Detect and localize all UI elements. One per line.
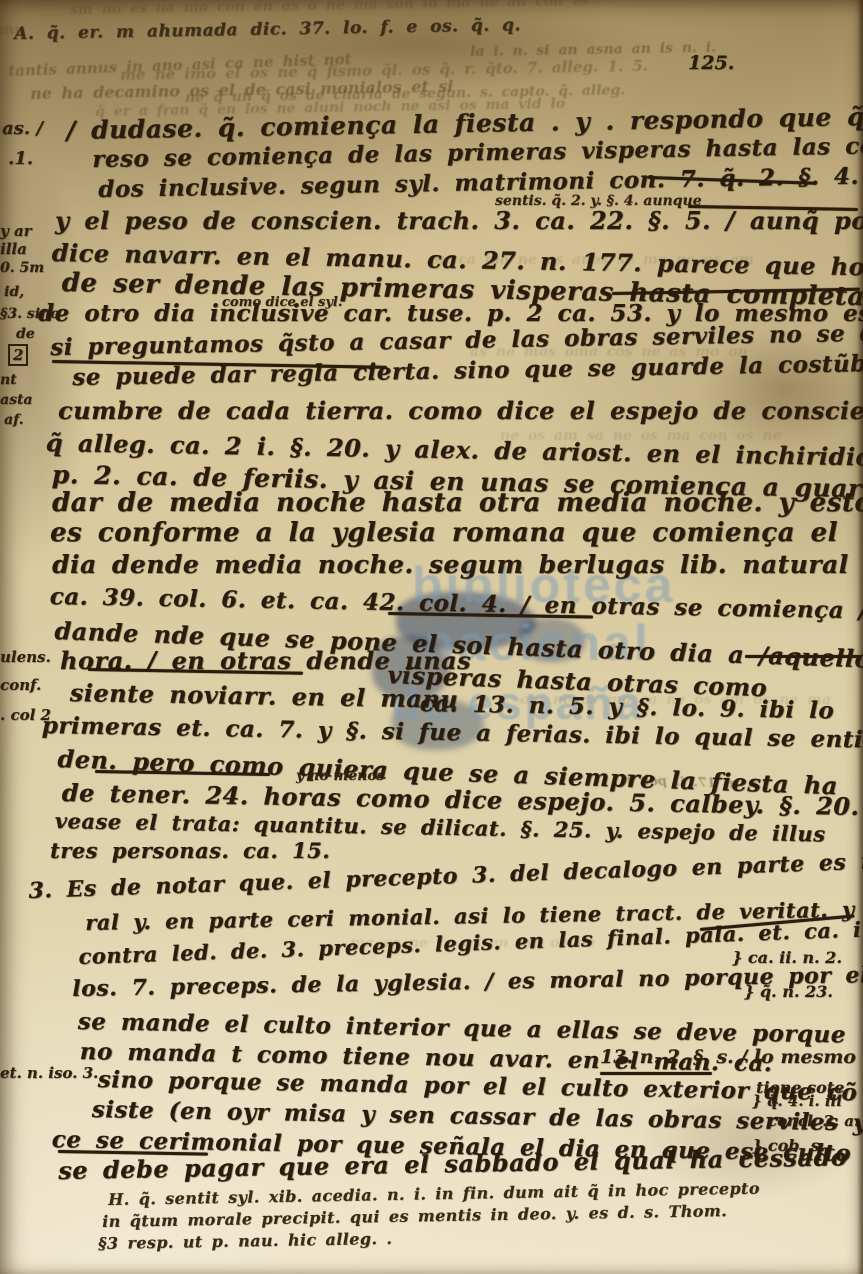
margin-note: ulens.	[0, 648, 51, 666]
manuscript-line: cumbre de cada tierra. como dice el espe…	[58, 396, 863, 425]
page-number: 125.	[688, 52, 734, 74]
margin-note: de	[16, 326, 35, 342]
margin-note: as. /	[2, 118, 43, 139]
manuscript-line: dar de media noche hasta otra media noch…	[52, 488, 863, 518]
interlinear-note: como dice el syl.	[222, 295, 342, 310]
margin-note: .1.	[8, 148, 33, 169]
right-margin-note: } q̃. n. 23.	[744, 982, 833, 1001]
margin-note: §3. sino	[0, 306, 60, 322]
interlinear-note: sentis. q̃. 2. y. §. 4. aunque	[495, 193, 702, 209]
margin-note: nt	[0, 372, 17, 388]
manuscript-line: siente noviarr. en el manu	[69, 678, 458, 714]
ink-stroke	[745, 655, 860, 658]
margin-note: id,	[4, 284, 24, 300]
margin-note: 0. 5m	[0, 260, 44, 276]
footnote-line: §3 resp. ut p. nau. hic alleg. .	[98, 1229, 392, 1253]
right-margin-note: } q̃. 4. i. ill	[752, 1092, 842, 1110]
margin-note: asta	[0, 392, 33, 408]
interlinear-note: y no menos	[296, 768, 385, 784]
margin-note: af.	[4, 412, 23, 428]
manuscript-line: A. q̃. er. m ahumada dic. 37. lo. f. e o…	[14, 15, 521, 44]
manuscript-line: dia dende media noche. segum berlugas li…	[52, 550, 849, 579]
right-margin-note: } cob. s.	[752, 1136, 825, 1155]
manuscript-line: y el peso de conscien. trach. 3. ca. 22.…	[55, 206, 863, 235]
margin-note: . col 2	[0, 706, 51, 724]
manuscript-line: es conforme a la yglesia romana que comi…	[50, 518, 838, 548]
right-margin-note: } ca. ii. n. 2.	[732, 948, 842, 967]
handwriting-layer: A. q̃. er. m ahumada dic. 37. lo. f. e o…	[0, 0, 863, 1274]
margin-note: 2	[8, 344, 28, 366]
ink-stroke	[600, 1072, 712, 1075]
margin-note: illa	[0, 240, 27, 258]
manuscript-page: sm no es na mo con en as o ne ma son lo …	[0, 0, 863, 1274]
manuscript-line: tres personas. ca. 15.	[50, 838, 330, 863]
right-margin-note: concl. 2. a.	[768, 1112, 859, 1130]
margin-note: conf.	[0, 676, 41, 694]
margin-note: y ar	[0, 222, 32, 240]
margin-note: et. n. iso. 3.	[0, 1064, 98, 1082]
right-margin-note: 13. n. 2. §. s. / lo mesmo	[600, 1046, 856, 1068]
